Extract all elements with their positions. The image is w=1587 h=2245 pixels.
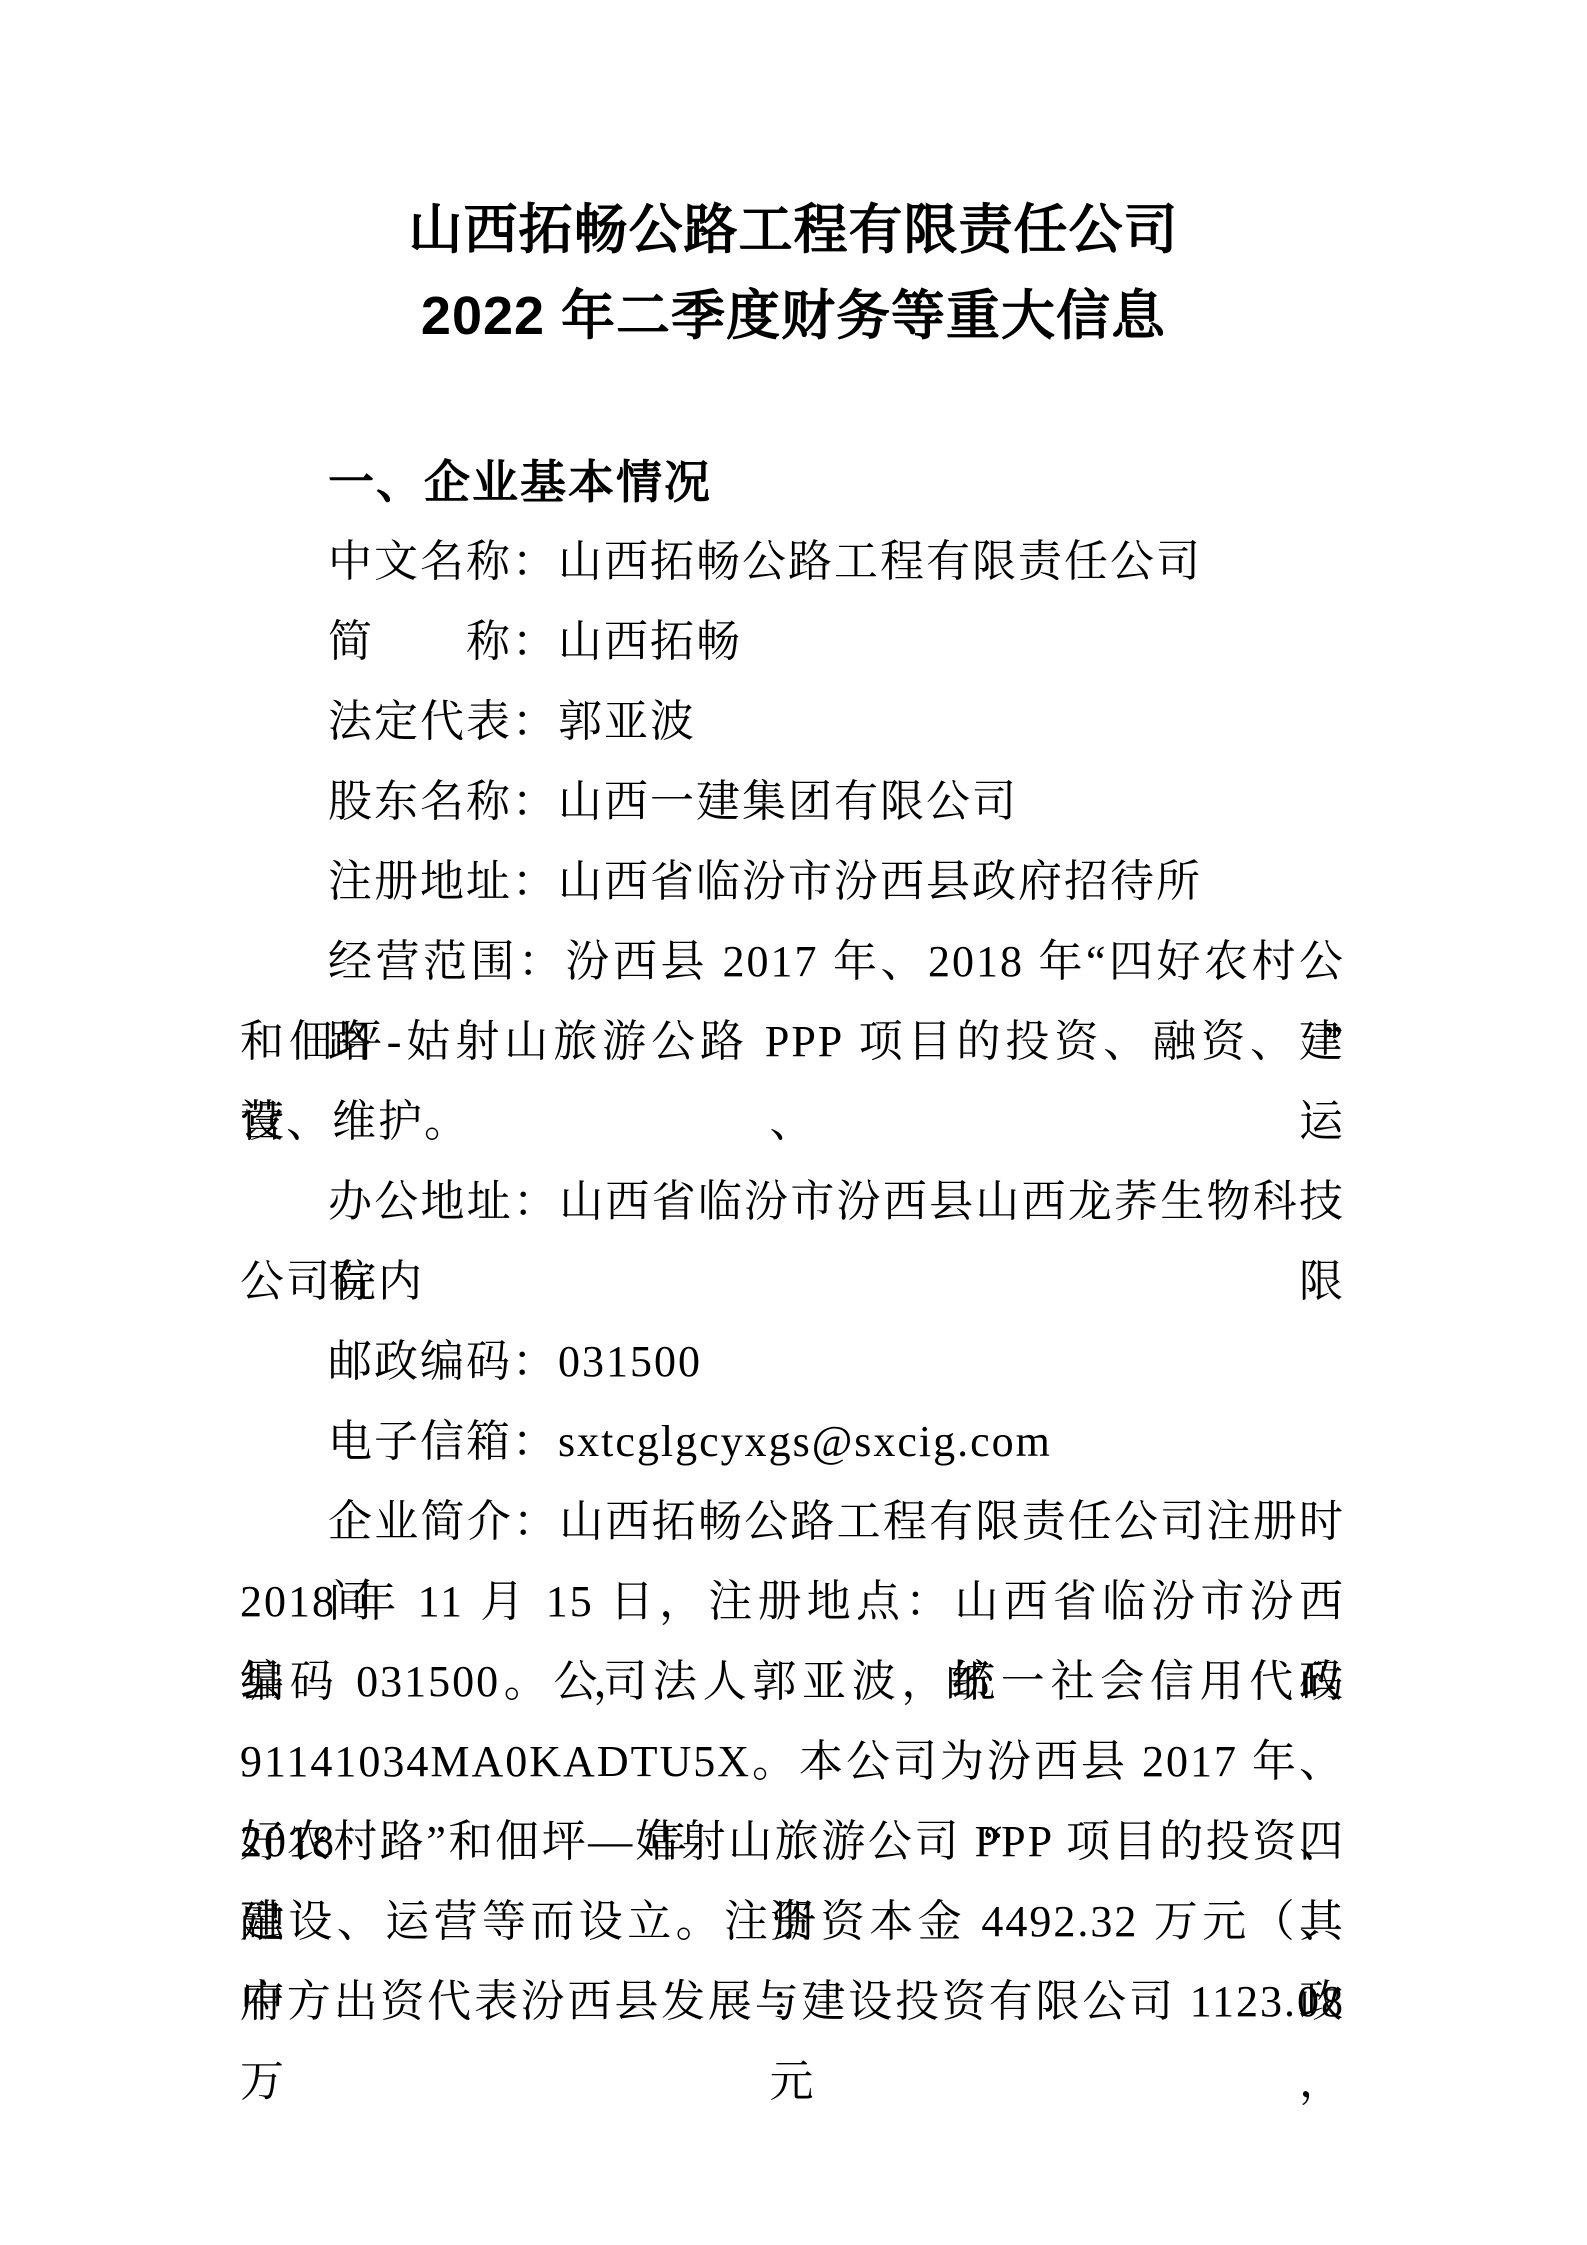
text-line-profile-5: 好农村路”和佃坪—姑射山旅游公司 PPP 项目的投资、融资、 [240, 1802, 1345, 1882]
document-title-line2: 2022 年二季度财务等重大信息 [0, 286, 1587, 346]
document-title-line1: 山西拓畅公路工程有限责任公司 [0, 200, 1587, 260]
section-heading: 一、企业基本情况 [328, 456, 712, 508]
document-body: 中文名称：山西拓畅公路工程有限责任公司 简 称：山西拓畅 法定代表：郭亚波 股东… [240, 522, 1345, 2042]
text-line-office-addr-1: 办公地址：山西省临汾市汾西县山西龙荞生物科技有限 [240, 1162, 1345, 1242]
text-line-email: 电子信箱：sxtcglgcyxgs@sxcig.com [240, 1402, 1345, 1482]
text-line-profile-1: 企业简介：山西拓畅公路工程有限责任公司注册时间 [240, 1482, 1345, 1562]
text-line-short-name: 简 称：山西拓畅 [240, 602, 1345, 682]
text-line-chinese-name: 中文名称：山西拓畅公路工程有限责任公司 [240, 522, 1345, 602]
text-line-legal-rep: 法定代表：郭亚波 [240, 682, 1345, 762]
text-line-business-scope-1: 经营范围：汾西县 2017 年、2018 年“四好农村公路” [240, 922, 1345, 1002]
text-line-profile-3: 编码 031500。公司法人郭亚波，统一社会信用代码 [240, 1642, 1345, 1722]
document-page: 山西拓畅公路工程有限责任公司 2022 年二季度财务等重大信息 一、企业基本情况… [0, 0, 1587, 2245]
text-line-profile-7: 府方出资代表汾西县发展与建设投资有限公司 1123.08 万元， [240, 1962, 1345, 2042]
text-line-profile-6: 建设、运营等而设立。注册资本金 4492.32 万元（其中：政 [240, 1882, 1345, 1962]
text-line-business-scope-2: 和佃坪-姑射山旅游公路 PPP 项目的投资、融资、建设、运 [240, 1002, 1345, 1082]
text-line-postal-code: 邮政编码：031500 [240, 1322, 1345, 1402]
text-line-profile-4: 91141034MA0KADTU5X。本公司为汾西县 2017 年、2018 年… [240, 1722, 1345, 1802]
text-line-shareholder: 股东名称：山西一建集团有限公司 [240, 762, 1345, 842]
text-line-registered-addr: 注册地址：山西省临汾市汾西县政府招待所 [240, 842, 1345, 922]
text-line-profile-2: 2018 年 11 月 15 日，注册地点：山西省临汾市汾西县，邮政 [240, 1562, 1345, 1642]
